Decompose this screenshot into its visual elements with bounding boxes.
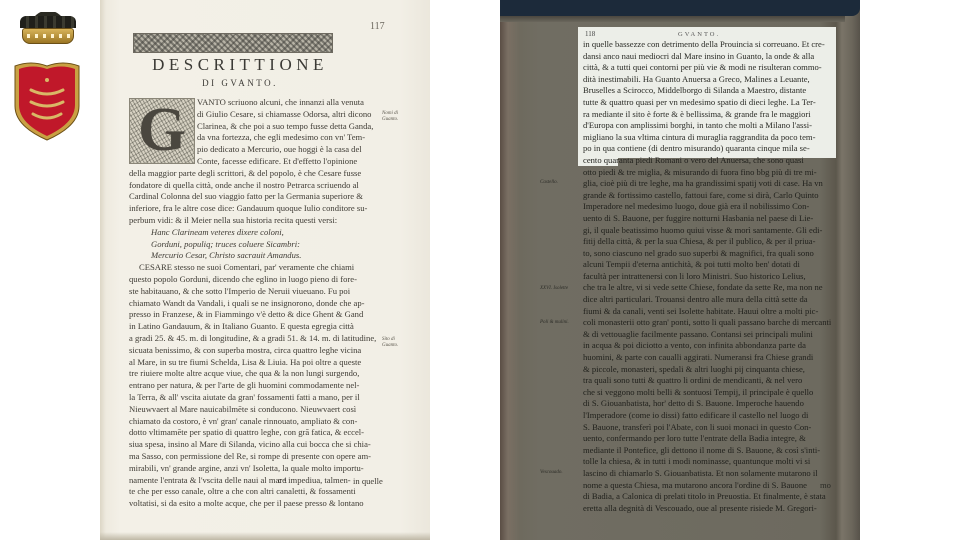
highlighted-line: dansi anco naui mediocri dal Mare insino… bbox=[583, 51, 831, 63]
highlighted-line: in quelle bassezze con detrimento della … bbox=[583, 39, 831, 51]
text-line: to, sono ciascuno nel grado suo superbi … bbox=[583, 248, 831, 260]
text-line: tolle la chiesa, & in tutti i modi nomin… bbox=[583, 456, 831, 468]
text-line: in Latino Gandauum, & in Italiano Guanto… bbox=[129, 321, 379, 333]
margin-note: Castello. bbox=[540, 180, 574, 186]
text-line: cento quaranta piedi Romani o vero del A… bbox=[583, 155, 831, 167]
text-line: lascino di chiamarlo S. Giouanbatista. E… bbox=[583, 468, 831, 480]
text-line: dice altri particulari. Trouansi dentro … bbox=[583, 294, 831, 306]
text-line: di Giulio Cesare, si chiamasse Odorsa, a… bbox=[129, 109, 379, 121]
text-line: fondatore di quella città, onde anche il… bbox=[129, 180, 379, 192]
margin-note: Sito di Guanto. bbox=[382, 337, 412, 349]
catchword: mo bbox=[820, 480, 831, 490]
text-line: coli monasterii otto gran' ponti, sotto … bbox=[583, 317, 831, 329]
text-line: huomini, & parte con caualli aggirati. N… bbox=[583, 352, 831, 364]
text-line: Clarinea, & che poi a suo tempo fusse de… bbox=[129, 121, 379, 133]
text-line: & piccole, monasteri, spedali & altri lu… bbox=[583, 364, 831, 376]
text-line: perbum vidi: & il Meier nella sua histor… bbox=[129, 215, 379, 227]
text-line: in acqua & poi diciotto a vento, con inf… bbox=[583, 340, 831, 352]
page-subtitle: DI GVANTO. bbox=[100, 78, 380, 88]
catchword: in quelle bbox=[353, 476, 383, 486]
text-line: da vna fortezza, che egli medesimo con v… bbox=[129, 132, 379, 144]
signature-mark: c 1 bbox=[278, 476, 288, 485]
margin-note: Poli & mulini. bbox=[540, 320, 574, 326]
text-line: ma Sasso, con permissione del Re, si rom… bbox=[129, 451, 379, 463]
text-line: che tra le altre, vi si vede sette Chies… bbox=[583, 282, 831, 294]
text-line: uento di S. Bauone, per fuggire notturni… bbox=[583, 213, 831, 225]
left-book-page: 117 DESCRITTIONE DI GVANTO. G VANTO scri… bbox=[100, 0, 430, 540]
text-line: siua spesa, insino al Mare di Silanda, v… bbox=[129, 439, 379, 451]
highlighted-line: città, & a tutti quei contorni per più v… bbox=[583, 62, 831, 74]
highlighted-line: ra mediante il sito è forte & è bellissi… bbox=[583, 109, 831, 121]
text-line: tra quali sono tutti & quattro li ordini… bbox=[583, 375, 831, 387]
page-number: 118 bbox=[585, 29, 595, 41]
text-line: sicuata benissimo, & con superba mostra,… bbox=[129, 345, 379, 357]
text-line: l'Imperadore (come io dissi) fatto edifi… bbox=[583, 410, 831, 422]
shield-icon bbox=[11, 60, 83, 142]
text-line: glia, cioè più di tre leghe, ma ha grand… bbox=[583, 178, 831, 190]
text-line: presso in Franzese, & in Fiammingo v'è d… bbox=[129, 309, 379, 321]
text-line: chiamato da costoro, è vn' gran' canale … bbox=[129, 416, 379, 428]
text-line: inferiore, fra le altre cose dice: Ganda… bbox=[129, 203, 379, 215]
highlighted-line: dità inestimabili. Ha Guanto Anuersa a G… bbox=[583, 74, 831, 86]
page-number: 117 bbox=[370, 21, 385, 32]
text-line: chiamato Wandt da Vandali, i quali se ne… bbox=[129, 298, 379, 310]
text-line: al Mare, in su tre fiumi Schelda, Lisa &… bbox=[129, 357, 379, 369]
body-text: VANTO scriuono alcuni, che innanzi alla … bbox=[129, 97, 379, 510]
text-line: fitij della città, & per la sua Chiesa, … bbox=[583, 236, 831, 248]
text-line: Imperadore nel medesimo luogo, doue già … bbox=[583, 201, 831, 213]
text-line: Conte, facesse edificare. Et d'effetto l… bbox=[129, 156, 379, 168]
running-head: 118 GVANTO. bbox=[583, 29, 831, 39]
running-head-title: GVANTO. bbox=[678, 29, 720, 41]
text-line: la Terra, & all' vscita aiutate da gran'… bbox=[129, 392, 379, 404]
text-line: a gradi 25. & 45. m. di longitudine, & a… bbox=[129, 333, 379, 345]
verse-line: Hanc Clarineam veteres dixere coloni, bbox=[129, 227, 379, 239]
margin-note: Vescouado. bbox=[540, 470, 574, 476]
text-line: pio dedicato a Mercurio, oue hoggi è la … bbox=[129, 144, 379, 156]
text-line: ste habitauano, & che sotto l'Imperio de… bbox=[129, 286, 379, 298]
text-line: Cardinal Colonna del suo viaggio fatto p… bbox=[129, 191, 379, 203]
text-line: VANTO scriuono alcuni, che innanzi alla … bbox=[129, 97, 379, 109]
text-line: uento, confermando per loro tutte l'entr… bbox=[583, 433, 831, 445]
verse-line: Gorduni, populiq; truces coluere Sicambr… bbox=[129, 239, 379, 251]
text-line: S. Bauone, transferì poi l'Abate, con li… bbox=[583, 422, 831, 434]
text-line: fiumi & da canali, venti sei Isolette ha… bbox=[583, 306, 831, 318]
text-line: tre riuiere molte altre acque viue, che … bbox=[129, 368, 379, 380]
text-line: mediante il Pontefice, gli dettono il no… bbox=[583, 445, 831, 457]
text-line: grande & fortissimo castello, fattoui fa… bbox=[583, 190, 831, 202]
text-line: della maggior parte degli scrittori, & d… bbox=[129, 168, 379, 180]
text-line: entrano per natura, & per l'arte de gli … bbox=[129, 380, 379, 392]
right-page-text: 118 GVANTO. in quelle bassezze con detri… bbox=[583, 29, 831, 514]
text-line: & di vettouaglie facilmente passano. Con… bbox=[583, 329, 831, 341]
photo-top-edge bbox=[500, 0, 860, 16]
highlighted-line: Bruselles a Scirocco, Middelborgo di Sil… bbox=[583, 85, 831, 97]
highlighted-line: po in qua contiene (di dentro misurando)… bbox=[583, 143, 831, 155]
highlighted-line: tutte & quattro quasi per vn medesimo sp… bbox=[583, 97, 831, 109]
text-line: di Badia, a Calonica di prelati titolo i… bbox=[583, 491, 831, 503]
text-line: dotto vltimamēte per spatio di quattro l… bbox=[129, 427, 379, 439]
text-line: nome a questa Chiesa, ma mutarono ancora… bbox=[583, 480, 831, 492]
verse-line: Mercurio Cesar, Christo sacrauit Amandus… bbox=[129, 250, 379, 262]
text-line: alcuni Tempii d'eterna antichità, & poi … bbox=[583, 259, 831, 271]
text-line: otto piedi & tre miglia, & misurando di … bbox=[583, 167, 831, 179]
decorative-headpiece bbox=[133, 33, 333, 53]
text-line: mirabili, vn' grande argine, anzi vn' Is… bbox=[129, 463, 379, 475]
text-line: eretta alla degnità di Vescouado, oue al… bbox=[583, 503, 831, 515]
highlighted-line: d'Europa con amplissimi borghi, in tanto… bbox=[583, 120, 831, 132]
coat-of-arms-emblem bbox=[8, 8, 88, 140]
crown-icon bbox=[18, 12, 78, 48]
highlighted-line: migliano la sua vltima cintura di muragl… bbox=[583, 132, 831, 144]
text-line: CESARE stesso ne suoi Comentari, par' ve… bbox=[129, 262, 379, 274]
text-line: di S. Giouanbatista, hor' detto di S. Ba… bbox=[583, 398, 831, 410]
text-line: facultà per intrattenersi con li loro Mi… bbox=[583, 271, 831, 283]
page-title: DESCRITTIONE bbox=[100, 55, 380, 75]
text-line: che si veggono molti belli & sontuosi Te… bbox=[583, 387, 831, 399]
text-line: Nieuwvaert al Mare nauicabilmēte si cond… bbox=[129, 404, 379, 416]
text-line: gi, il quale beatissimo huomo quiui viss… bbox=[583, 225, 831, 237]
text-line: voltatisi, si da esito a molte acque, ch… bbox=[129, 498, 379, 510]
text-line: te che per esso canale, oltre a che con … bbox=[129, 486, 379, 498]
margin-note: XXVI. Isolette bbox=[540, 286, 574, 292]
text-line: namente l'entrata & l'vscita delle naui … bbox=[129, 475, 379, 487]
margin-note: Nomi di Guanto. bbox=[382, 111, 412, 123]
text-line: questo popolo Gorduni, dicendo che eglin… bbox=[129, 274, 379, 286]
